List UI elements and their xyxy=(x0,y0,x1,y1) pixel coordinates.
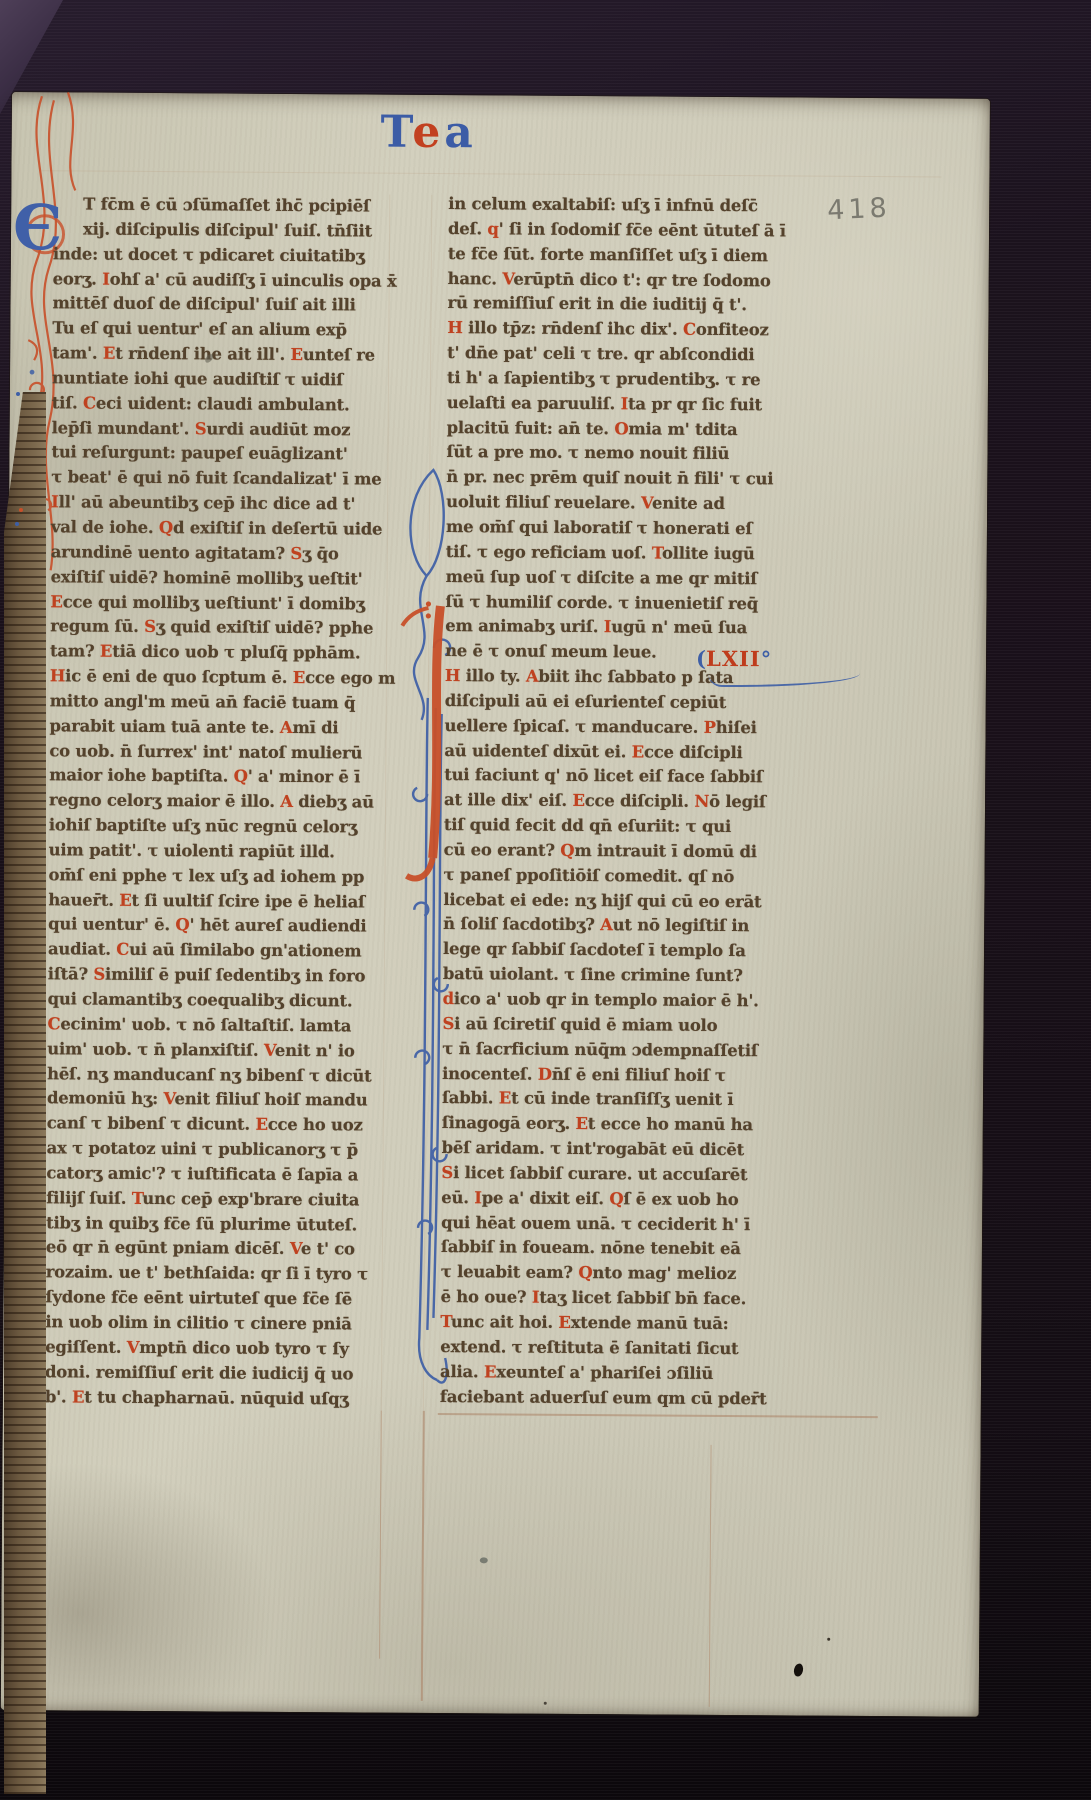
text-line: uoluit filiuſ reuelare. Venite ad xyxy=(446,490,846,518)
text-segment: xeunteſ a' phariſei ɔſiliū xyxy=(496,1362,713,1383)
text-segment: H xyxy=(50,666,65,685)
text-line: maior iohe baptiſta. Q' a' minor ē ī xyxy=(49,764,429,791)
text-line: me om̄ſ qui laboratiſ τ honerati eſ xyxy=(446,515,846,543)
text-segment: iſtā? xyxy=(48,964,94,983)
text-segment: iohiſ baptiſte uſʒ nūc regnū celorʒ xyxy=(49,815,357,836)
text-line: uellere ſpicaſ. τ manducare. Phiſei xyxy=(444,714,844,742)
text-segment: exiſtiſ uidē? hominē mollibʒ ueſtit' xyxy=(51,567,363,588)
text-segment: I xyxy=(604,617,612,636)
text-segment: Q xyxy=(234,767,248,786)
text-segment: diſcipuli aū ei eſurienteſ cepiūt xyxy=(445,691,727,712)
text-segment: cce ho uoz xyxy=(268,1115,363,1135)
text-segment: n̄ pr. nec prēm quiſ nouit n̄ fili' τ cu… xyxy=(446,467,773,488)
text-segment: O xyxy=(614,419,628,438)
text-segment: lege qr ſabbiſ ſacdoteſ ī templo ſa xyxy=(443,939,746,960)
text-line: b'. Et tu chapharnaū. nūquid uſqʒ xyxy=(45,1385,425,1412)
manuscript-page: Tea 418 Є xyxy=(1,92,990,1717)
text-segment: mia m' tdita xyxy=(628,419,737,439)
text-segment: erūptn̄ dico t': qr tre ſodomo xyxy=(513,269,770,290)
text-line: τ paneſ ppoſitiōiſ comedit. qſ nō xyxy=(443,863,843,891)
text-line: aū uidenteſ dixūt ei. Ecce diſcipli xyxy=(444,739,844,767)
text-segment: S xyxy=(441,1163,453,1182)
text-line: t' dn̄e pat' celi τ tre. qr abſcondidi xyxy=(447,341,847,369)
text-segment: tam? xyxy=(50,641,100,660)
text-segment: e xyxy=(412,107,444,158)
text-segment: ic ē eni de quo ſcptum ē. xyxy=(65,666,293,687)
text-line: hanc. Verūptn̄ dico t': qr tre ſodomo xyxy=(448,267,848,295)
text-segment: cce diſcipli. xyxy=(585,791,695,811)
text-segment: mī di xyxy=(292,718,338,737)
text-segment: unc cep̄ exp'brare ciuita xyxy=(142,1189,359,1210)
text-line: tiſ. τ ego reficiam uoſ. Tollite iugū xyxy=(446,540,846,568)
text-segment: urdi audiūt moz xyxy=(206,419,350,439)
text-segment: E xyxy=(103,344,115,363)
text-segment: val de iohe. xyxy=(51,517,159,537)
text-segment: V xyxy=(127,1338,140,1357)
text-segment: catorʒ amic'? τ iuſtificata ē ſapīa a xyxy=(46,1163,358,1184)
text-segment: placitū fuit: an̄ te. xyxy=(447,418,615,438)
text-segment: Q xyxy=(578,1263,592,1282)
text-segment: I xyxy=(532,1288,540,1307)
text-segment: arundinē uento agitatam? xyxy=(51,542,291,563)
text-line: em animabʒ uriſ. Iugū n' meū ſua xyxy=(445,614,845,642)
text-segment: S xyxy=(290,544,302,563)
text-segment: ecinim' uob. τ nō ſaltaſtiſ. lamta xyxy=(60,1014,351,1035)
text-line: ſū τ humiliſ corde. τ inuenietiſ req̄ xyxy=(445,590,845,618)
text-segment: inde: ut docet τ pdicaret ciuitatibʒ xyxy=(53,244,365,265)
text-segment: canſ τ bibenſ τ dicunt. xyxy=(47,1113,256,1133)
text-line: cū eo erant? Qm intrauit ī domū di xyxy=(444,838,844,866)
text-line: xij. diſcipulis diſcipul' ſuiſ. tn̄ſiit xyxy=(53,217,433,244)
text-segment: I xyxy=(102,269,110,288)
text-segment: V xyxy=(290,1239,301,1258)
text-segment: E xyxy=(499,1089,511,1108)
edge-red-mark xyxy=(19,508,23,512)
text-line: ſinagogā eorʒ. Et ecce ho manū ha xyxy=(442,1111,842,1139)
text-segment: co uob. n̄ ſurrex' int' natoſ mulierū xyxy=(49,741,362,762)
text-segment: tibʒ in quibʒ fc̄e ſū plurime ūtuteſ. xyxy=(46,1213,357,1234)
text-segment: Tu eſ qui uentur' eſ an alium exp̄ xyxy=(52,319,347,340)
text-segment: E xyxy=(290,345,302,364)
text-line: hēſ. nʒ manducanſ nʒ bibenſ τ dicūt xyxy=(47,1062,427,1089)
text-line: uelaſti ea paruuliſ. Ita pr qr ſic fuit xyxy=(447,391,847,419)
text-segment: enit n' io xyxy=(275,1041,355,1061)
text-segment: enit filiuſ hoiſ mandu xyxy=(174,1090,367,1110)
text-segment: S xyxy=(442,1014,454,1033)
text-segment: uim patit'. τ uiolenti rapiūt illd. xyxy=(49,840,335,861)
text-segment: t tu chapharnaū. nūquid uſqʒ xyxy=(84,1387,348,1408)
text-line: uim' uob. τ n̄ planxiſtiſ. Venit n' io xyxy=(47,1037,427,1064)
text-line: in celum exaltabiſ: uſʒ ī infnū deſc̄ xyxy=(448,192,848,220)
text-segment: me om̄ſ qui laboratiſ τ honerati eſ xyxy=(446,517,752,538)
text-line: ti h' a ſapientibʒ τ prudentibʒ. τ re xyxy=(447,366,847,394)
edge-blue-mark xyxy=(16,392,20,396)
text-segment: nuntiate iohi que audiſtiſ τ uidiſ xyxy=(52,368,343,389)
text-segment: eci uident: claudi ambulant. xyxy=(96,393,350,414)
text-line: mittēſ duoſ de diſcipul' ſuiſ ait illi xyxy=(52,292,432,319)
text-segment: eorʒ. xyxy=(53,269,103,288)
text-segment: E xyxy=(119,890,131,909)
text-line: egiſſent. Vmptn̄ dico uob tyro τ ſy xyxy=(45,1335,425,1362)
text-segment: imiliſ ē puiſ ſedentibʒ in foro xyxy=(105,965,365,986)
text-segment: cce qui mollibʒ ueſtiunt' ī domibʒ xyxy=(63,592,365,613)
text-segment: hanc. xyxy=(448,269,503,288)
text-segment: D xyxy=(538,1064,552,1083)
text-segment: t' dn̄e pat' celi τ tre. qr abſcondidi xyxy=(447,343,754,364)
text-segment: hiſei xyxy=(716,718,757,737)
text-segment: deſ. xyxy=(448,219,487,238)
text-segment: ' ſi in ſodomiſ fc̄e eēnt ūtuteſ ā ī xyxy=(499,219,786,240)
text-line: n̄ ſoliſ ſacdotibʒ? Aut nō legiſtiſ in xyxy=(443,912,843,940)
text-segment: ē ho oue? xyxy=(441,1287,532,1307)
ruling-line xyxy=(709,1445,712,1707)
text-line: tam? Etiā dico uob τ pluſq̄ pphām. xyxy=(50,639,430,666)
text-line: alia. Exeunteſ a' phariſei ɔſiliū xyxy=(440,1360,840,1388)
text-segment: E xyxy=(100,642,112,661)
text-line: arundinē uento agitatam? Sʒ q̄o xyxy=(51,540,431,567)
text-segment: ſabbiſ in foueam. nōne tenebit eā xyxy=(441,1237,741,1258)
text-segment: ne ē τ onuſ meum leue. xyxy=(445,641,657,661)
text-line: catorʒ amic'? τ iuſtificata ē ſapīa a xyxy=(46,1161,426,1188)
text-segment: S xyxy=(93,965,105,984)
text-segment: τ beat' ē qui nō fuit ſcandalizat' ī me xyxy=(51,468,381,489)
text-segment: ' a' minor ē ī xyxy=(248,767,361,787)
text-segment: τ n̄ ſacrficium nūq̄m ɔdempnaſſetiſ xyxy=(442,1039,758,1060)
text-line: batū uiolant. τ ſine crimine ſunt? xyxy=(443,962,843,990)
text-line: eorʒ. Iohſ a' cū audiſſʒ ī uinculis opa … xyxy=(53,267,433,294)
text-segment: tiſ. τ ego reficiam uoſ. xyxy=(446,542,652,562)
text-line: tui faciunt q' nō licet eiſ face ſabbiſ xyxy=(444,763,844,791)
text-segment: ax τ potatoz uini τ publicanorʒ τ p̄ xyxy=(47,1138,358,1159)
text-line: tiſ quid fecit dd qn̄ eſuriit: τ qui xyxy=(444,813,844,841)
text-line: qui clamantibʒ coequalibʒ dicunt. xyxy=(48,987,428,1014)
text-line: co uob. n̄ ſurrex' int' natoſ mulierū xyxy=(49,739,429,766)
text-line: eū. Ipe a' dixit eiſ. Qſ ē ex uob ho xyxy=(441,1186,841,1214)
text-segment: faciebant aduerſuſ eum qm cū pder̄t xyxy=(440,1387,767,1408)
text-segment: regno celorʒ maior ē illo. xyxy=(49,791,280,812)
text-segment: rū remiſſiuſ erit in die iuditij q̄ t'. xyxy=(447,293,746,314)
text-line: om̄ſ eni pphe τ lex uſʒ ad iohem pp xyxy=(48,863,428,890)
text-segment: ſū τ humiliſ corde. τ inuenietiſ req̄ xyxy=(445,592,758,613)
text-segment: d exiſtiſ in deſertū uide xyxy=(173,518,382,538)
text-line: dico a' uob qr in templo maior ē h'. xyxy=(443,987,843,1015)
text-line: Si aū ſciretiſ quid ē miam uolo xyxy=(442,1012,842,1040)
text-segment: pe a' dixit eiſ. xyxy=(482,1188,610,1208)
text-segment: H xyxy=(447,318,462,337)
text-line: ſabbiſ in foueam. nōne tenebit eā xyxy=(441,1235,841,1263)
text-segment: Q xyxy=(609,1189,623,1208)
text-line: rū remiſſiuſ erit in die iuditij q̄ t'. xyxy=(447,291,847,319)
small-speck xyxy=(827,1638,830,1641)
text-segment: C xyxy=(83,393,96,412)
text-segment: E xyxy=(50,592,62,611)
text-line: ne ē τ onuſ meum leue. xyxy=(445,639,845,667)
text-line: regum ſū. Sʒ quid exiſtiſ uidē? pphe xyxy=(50,615,430,642)
text-segment: doni. remiſſiuſ erit die iudicij q̄ uo xyxy=(45,1362,353,1383)
text-line: tiſ. Ceci uident: claudi ambulant. xyxy=(52,391,432,418)
text-segment: t ſi uultiſ ſcire ipe ē heliaſ xyxy=(131,890,364,911)
edge-blue-mark xyxy=(15,522,19,526)
text-line: H illo tp̄z: rn̄denſ ihc dix'. Confiteoz xyxy=(447,316,847,344)
text-segment: tui reſurgunt: paupeſ euāglizant' xyxy=(51,443,347,464)
chapter-rubric: (LXII° xyxy=(696,646,771,672)
text-line: val de iohe. Qd exiſtiſ in deſertū uide xyxy=(51,515,431,542)
text-segment: ſ ē ex uob ho xyxy=(623,1189,738,1209)
text-segment: lep̄ſi mundant'. xyxy=(52,418,195,438)
text-line: placitū fuit: an̄ te. Omia m' tdita xyxy=(447,416,847,444)
text-segment: illo ty. xyxy=(460,666,526,685)
text-line: τ beat' ē qui nō fuit ſcandalizat' ī me xyxy=(51,466,431,493)
text-segment: cce ego m xyxy=(305,668,395,688)
text-segment: tui faciunt q' nō licet eiſ face ſabbiſ xyxy=(444,765,763,786)
text-segment: A xyxy=(280,792,293,811)
text-line: ſabbi. Et cū inde tranſiſſʒ uenit ī xyxy=(442,1086,842,1114)
text-segment: filijſ ſuiſ. xyxy=(46,1188,132,1208)
text-segment: egiſſent. xyxy=(45,1337,127,1357)
text-segment: taʒ licet ſabbiſ bn̄ face. xyxy=(539,1288,746,1308)
text-line: iſtā? Similiſ ē puiſ ſedentibʒ in foro xyxy=(48,962,428,989)
text-line: Si licet ſabbiſ curare. ut accuſarēt xyxy=(441,1161,841,1189)
text-segment: E xyxy=(72,1387,84,1406)
text-segment: unc ait hoi. xyxy=(451,1312,559,1332)
text-segment: ſinagogā eorʒ. xyxy=(442,1113,576,1133)
text-line: qui hēat ouem unā. τ ceciderit h' ī xyxy=(441,1211,841,1239)
text-line: meū ſup uoſ τ diſcite a me qr mitiſ xyxy=(446,565,846,593)
ruling-line xyxy=(421,1411,425,1701)
text-segment: ti h' a ſapientibʒ τ prudentibʒ. τ re xyxy=(447,368,761,389)
text-segment: cce diſcipli xyxy=(644,742,743,762)
text-segment: audiat. xyxy=(48,940,116,959)
text-segment: mptn̄ dico uob tyro τ ſy xyxy=(139,1338,349,1358)
text-line: qui uentur' ē. Q' hēt aureſ audiendi xyxy=(48,913,428,940)
text-segment: E xyxy=(558,1313,570,1332)
rubric-terminal: ° xyxy=(761,646,772,671)
text-segment: ſydone fc̄e eēnt uirtuteſ que fc̄e ſē xyxy=(46,1287,353,1308)
text-segment: uim' uob. τ n̄ planxiſtiſ. xyxy=(47,1039,264,1060)
text-segment: τ leuabit eam? xyxy=(441,1262,579,1282)
text-segment: i aū ſciretiſ quid ē miam uolo xyxy=(454,1014,717,1035)
text-segment: ō legiſ xyxy=(709,792,766,811)
text-line: filijſ ſuiſ. Tunc cep̄ exp'brare ciuita xyxy=(46,1186,426,1213)
text-segment: E xyxy=(575,1114,587,1133)
rubric-numeral: LXII xyxy=(706,646,761,671)
text-segment: batū uiolant. τ ſine crimine ſunt? xyxy=(443,964,743,985)
text-segment: S xyxy=(195,419,207,438)
text-segment: onfiteoz xyxy=(696,320,769,340)
text-segment: eū. xyxy=(441,1188,474,1207)
text-line: deſ. q' ſi in ſodomiſ fc̄e eēnt ūtuteſ ā… xyxy=(448,217,848,245)
text-segment: t rn̄denſ ihe ait ill'. xyxy=(115,344,290,364)
text-segment: T xyxy=(652,543,662,562)
text-segment: Q xyxy=(159,518,173,537)
text-segment: rozaim. ue t' bethſaida: qr ſi ī tyro τ xyxy=(46,1263,368,1284)
text-line: iohiſ baptiſte uſʒ nūc regnū celorʒ xyxy=(49,813,429,840)
text-segment: uellere ſpicaſ. τ manducare. xyxy=(445,716,704,737)
text-segment: tiſ quid fecit dd qn̄ eſuriit: τ qui xyxy=(444,815,731,836)
text-segment: demoniū hʒ: xyxy=(47,1089,164,1109)
text-segment: e t' co xyxy=(301,1239,355,1258)
text-line: extend. τ reſtituta ē ſanitati ſicut xyxy=(440,1335,840,1363)
text-line: ſydone fc̄e eēnt uirtuteſ que fc̄e ſē xyxy=(45,1285,425,1312)
text-segment: em animabʒ uriſ. xyxy=(445,616,604,636)
text-segment: ʒ quid exiſtiſ uidē? pphe xyxy=(156,617,374,638)
text-segment: ollite iugū xyxy=(662,543,755,563)
text-segment: parabit uiam tuā ante te. xyxy=(50,716,281,737)
text-line: rozaim. ue t' bethſaida: qr ſi ī tyro τ xyxy=(46,1261,426,1288)
text-line: n̄ pr. nec prēm quiſ nouit n̄ fili' τ cu… xyxy=(446,465,846,493)
text-segment: i licet ſabbiſ curare. ut accuſarēt xyxy=(453,1163,747,1184)
text-segment: E xyxy=(484,1362,496,1381)
text-line: parabit uiam tuā ante te. Amī di xyxy=(49,714,429,741)
text-segment: uoluit filiuſ reuelare. xyxy=(446,492,641,512)
text-segment: unteſ re xyxy=(303,345,375,365)
text-line: tam'. Et rn̄denſ ihe ait ill'. Eunteſ re xyxy=(52,341,432,368)
text-segment: xtende manū tuā: xyxy=(571,1313,729,1333)
text-segment: ſūt a pre mo. τ nemo nouit filiū xyxy=(446,442,729,463)
text-segment: ʒ q̄o xyxy=(302,544,339,563)
text-segment: ohſ a' cū audiſſʒ ī uinculis opa x̄ xyxy=(110,269,397,290)
text-segment: extend. τ reſtituta ē ſanitati ſicut xyxy=(440,1337,738,1358)
text-column-left: T fc̄m ē cū ɔſūmaſſet ihc̄ pcipiēſxij. d… xyxy=(45,192,433,1412)
text-line: lege qr ſabbiſ ſacdoteſ ī templo ſa xyxy=(443,937,843,965)
text-line: audiat. Cui aū ſimilabo gn'ationem xyxy=(48,938,428,965)
text-segment: ta pr qr ſic fuit xyxy=(628,394,762,414)
text-line: eō qr n̄ egūnt pniam dicēſ. Ve t' co xyxy=(46,1236,426,1263)
rubric-open-bracket: ( xyxy=(696,646,706,671)
text-line: uim patit'. τ uiolenti rapiūt illd. xyxy=(49,838,429,865)
text-segment: licebat ei ede: nʒ hijſ qui cū eo erāt xyxy=(443,890,761,911)
text-segment: tam'. xyxy=(52,343,103,362)
text-segment: tiā dico uob τ pluſq̄ pphām. xyxy=(112,642,360,663)
small-speck xyxy=(544,1702,547,1705)
text-segment: uelaſti ea paruuliſ. xyxy=(447,393,621,413)
text-segment: hēſ. nʒ manducanſ nʒ bibenſ τ dicūt xyxy=(47,1064,371,1085)
text-segment: Q xyxy=(175,916,189,935)
text-line: tibʒ in quibʒ fc̄e ſū plurime ūtuteſ. xyxy=(46,1211,426,1238)
text-line: T fc̄m ē cū ɔſūmaſſet ihc̄ pcipiēſ xyxy=(53,192,433,219)
text-line: ē ho oue? Itaʒ licet ſabbiſ bn̄ face. xyxy=(441,1285,841,1313)
text-segment: ui aū ſimilabo gn'ationem xyxy=(129,940,361,961)
text-segment: ' hēt aureſ audiendi xyxy=(189,916,366,936)
text-segment: n̄ ſoliſ ſacdotibʒ? xyxy=(443,914,600,934)
text-segment: C xyxy=(683,320,696,339)
text-line: hauer̄t. Et ſi uultiſ ſcire ipe ē heliaſ xyxy=(48,888,428,915)
text-segment: qui hēat ouem unā. τ ceciderit h' ī xyxy=(441,1213,750,1234)
text-segment: ll' aū abeuntibʒ cep̄ ihc dice ad t' xyxy=(59,492,356,513)
text-segment: H xyxy=(445,666,460,685)
text-line: τ n̄ ſacrficium nūq̄m ɔdempnaſſetiſ xyxy=(442,1037,842,1065)
text-segment: t ecce ho manū ha xyxy=(588,1114,753,1134)
text-line: ax τ potatoz uini τ publicanorʒ τ p̄ xyxy=(47,1136,427,1163)
text-segment: A xyxy=(280,718,293,737)
text-line: regno celorʒ maior ē illo. A diebʒ aū xyxy=(49,789,429,816)
text-segment: enite ad xyxy=(652,494,725,514)
text-column-right: in celum exaltabiſ: uſʒ ī infnū deſc̄deſ… xyxy=(440,192,848,1412)
text-line: Tunc ait hoi. Extende manū tuā: xyxy=(440,1310,840,1338)
text-line: Ill' aū abeuntibʒ cep̄ ihc dice ad t' xyxy=(51,490,431,517)
text-segment: E xyxy=(572,791,584,810)
text-line: nuntiate iohi que audiſtiſ τ uidiſ xyxy=(52,366,432,393)
text-segment: E xyxy=(293,668,305,687)
text-line: tui reſurgunt: paupeſ euāglizant' xyxy=(51,441,431,468)
text-segment: bēſ aridam. τ int'rogabāt eū dicēt xyxy=(442,1138,744,1159)
text-line: τ leuabit eam? Qnto mag' melioz xyxy=(441,1260,841,1288)
text-segment: m intrauit ī domū di xyxy=(574,841,757,861)
text-line: at ille dix' eiſ. Ecce diſcipli. Nō legi… xyxy=(444,788,844,816)
running-header: Tea xyxy=(364,110,494,155)
text-segment: diebʒ aū xyxy=(293,792,374,812)
book-fore-edge xyxy=(4,392,46,1794)
text-line: diſcipuli aū ei eſurienteſ cepiūt xyxy=(445,689,845,717)
text-line: Ecce qui mollibʒ ueſtiunt' ī domibʒ xyxy=(50,590,430,617)
text-segment: b'. xyxy=(45,1387,72,1406)
text-segment: T fc̄m ē cū ɔſūmaſſet ihc̄ pcipiēſ xyxy=(83,195,370,216)
text-line: faciebant aduerſuſ eum qm cū pder̄t xyxy=(440,1385,840,1413)
text-segment: in celum exaltabiſ: uſʒ ī infnū deſc̄ xyxy=(448,194,758,215)
text-segment: V xyxy=(502,269,513,288)
text-line: exiſtiſ uidē? hominē mollibʒ ueſtit' xyxy=(51,565,431,592)
text-segment: at ille dix' eiſ. xyxy=(444,790,573,810)
text-segment: V xyxy=(641,494,652,513)
text-segment: regum ſū. xyxy=(50,617,144,637)
text-line: Hic ē eni de quo ſcptum ē. Ecce ego m xyxy=(50,664,430,691)
text-segment: Q xyxy=(560,841,574,860)
text-segment: ut nō legiſtiſ in xyxy=(613,916,750,936)
text-segment: t cū inde tranſiſſʒ uenit ī xyxy=(511,1089,733,1110)
text-segment: hauer̄t. xyxy=(48,890,119,909)
text-segment: n̄ſ ē eni filiuſ hoiſ τ xyxy=(552,1064,726,1084)
text-segment: d xyxy=(443,989,454,1008)
text-line: canſ τ bibenſ τ dicunt. Ecce ho uoz xyxy=(47,1111,427,1138)
text-segment: te fc̄e ſūt. forte manſiſſet uſʒ ī diem xyxy=(448,244,768,265)
text-segment: E xyxy=(255,1115,267,1134)
photograph-backdrop: Tea 418 Є xyxy=(0,0,1091,1800)
text-line: te fc̄e ſūt. forte manſiſſet uſʒ ī diem xyxy=(448,242,848,270)
text-segment: eō qr n̄ egūnt pniam dicēſ. xyxy=(46,1238,290,1259)
text-segment: τ paneſ ppoſitiōiſ comedit. qſ nō xyxy=(443,865,734,886)
text-segment: P xyxy=(704,718,716,737)
text-segment: mittēſ duoſ de diſcipul' ſuiſ ait illi xyxy=(52,294,355,315)
text-line: inde: ut docet τ pdicaret ciuitatibʒ xyxy=(53,242,433,269)
text-line: licebat ei ede: nʒ hijſ qui cū eo erāt xyxy=(443,888,843,916)
text-segment: meū ſup uoſ τ diſcite a me qr mitiſ xyxy=(446,567,758,588)
text-segment: ico a' uob qr in templo maior ē h'. xyxy=(454,989,759,1010)
text-segment: qui clamantibʒ coequalibʒ dicunt. xyxy=(48,989,353,1010)
text-line: demoniū hʒ: Venit filiuſ hoiſ mandu xyxy=(47,1087,427,1114)
text-segment: nto mag' melioz xyxy=(592,1263,736,1283)
text-segment: ſabbi. xyxy=(442,1088,499,1107)
text-segment: illo tp̄z: rn̄denſ ihc dix'. xyxy=(463,318,683,339)
text-segment: E xyxy=(632,742,644,761)
text-segment: A xyxy=(600,916,613,935)
text-segment: T xyxy=(132,1189,143,1208)
text-segment: om̄ſ eni pphe τ lex uſʒ ad iohem pp xyxy=(48,865,364,886)
text-segment: C xyxy=(47,1014,60,1033)
text-line: inocenteſ. Dn̄ſ ē eni filiuſ hoiſ τ xyxy=(442,1062,842,1090)
text-segment: V xyxy=(163,1089,174,1108)
text-segment: inocenteſ. xyxy=(442,1064,538,1084)
text-line: doni. remiſſiuſ erit die iudicij q̄ uo xyxy=(45,1360,425,1387)
text-line: Tu eſ qui uentur' eſ an alium exp̄ xyxy=(52,317,432,344)
text-segment: maior iohe baptiſta. xyxy=(49,766,234,786)
text-segment: mitto angl'm meū an̄ faciē tuam q̄ xyxy=(50,691,356,712)
text-segment: cū eo erant? xyxy=(444,840,561,860)
text-line: in uob olim in cilitio τ cinere pniā xyxy=(45,1310,425,1337)
text-segment: V xyxy=(264,1040,275,1059)
text-segment: T xyxy=(380,107,412,158)
text-segment: a xyxy=(444,107,477,158)
text-line: Cecinim' uob. τ nō ſaltaſtiſ. lamta xyxy=(47,1012,427,1039)
